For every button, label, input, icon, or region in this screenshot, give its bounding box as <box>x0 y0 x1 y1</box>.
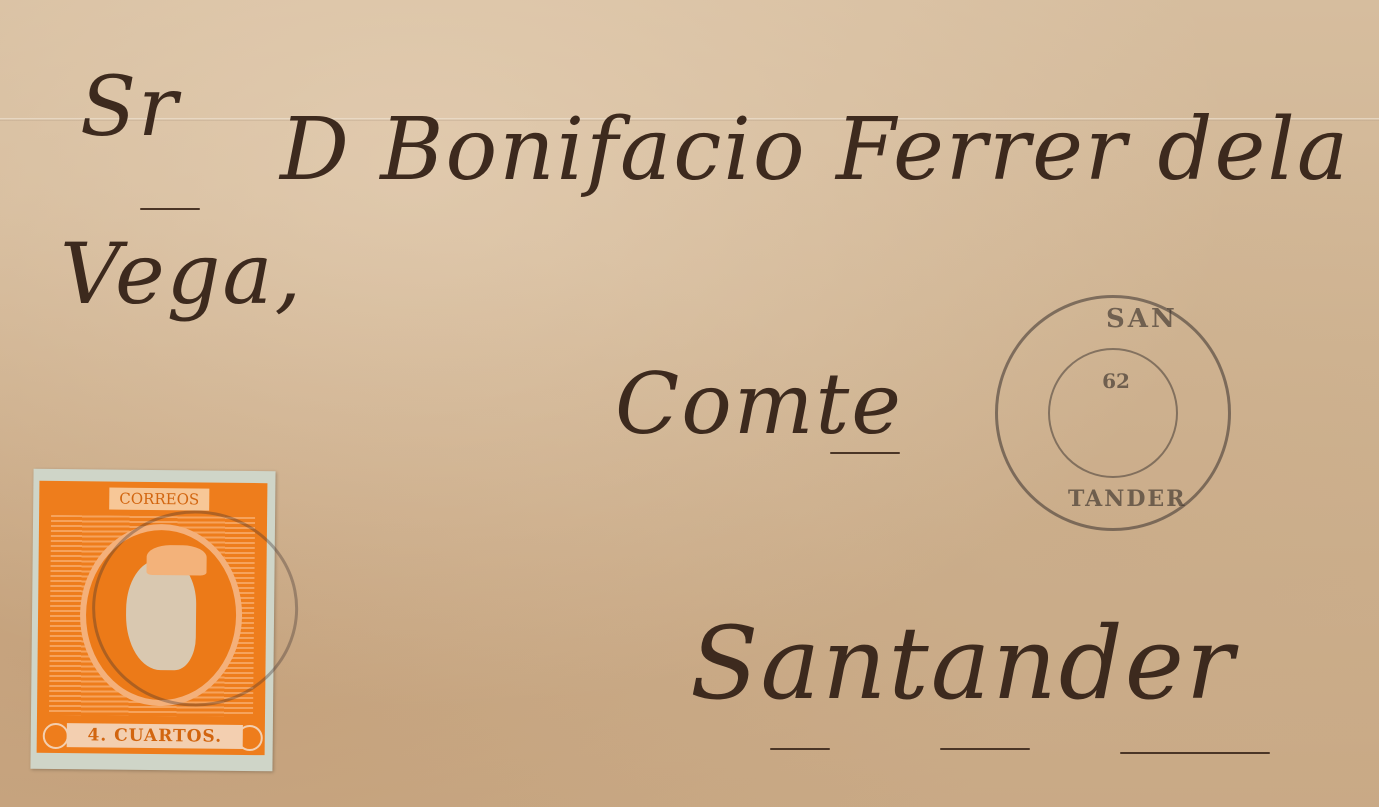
envelope-photo: Sr D Bonifacio Ferrer dela Vega, Comte S… <box>0 0 1379 807</box>
postmark: SAN 62 TANDER <box>995 295 1231 531</box>
postage-stamp: CORREOS 4. CUARTOS. <box>30 469 275 772</box>
postmark-inner-ring <box>1048 348 1178 478</box>
address-title: Comte <box>615 355 903 453</box>
postmark-bottom-text: TANDER <box>1068 486 1186 512</box>
postmark-top-text: SAN <box>1106 304 1178 334</box>
city-underline-3 <box>1120 752 1270 754</box>
address-name: D Bonifacio Ferrer dela <box>280 100 1350 200</box>
stamp-correos-label: CORREOS <box>109 488 209 511</box>
postmark-date: 62 <box>1086 370 1146 392</box>
address-city: Santander <box>690 605 1236 722</box>
address-salutation: Sr <box>80 60 179 155</box>
salutation-underline <box>140 208 200 210</box>
city-underline-1 <box>770 748 830 750</box>
address-surname: Vega, <box>60 225 303 323</box>
title-underline <box>830 452 900 454</box>
stamp-value-label: 4. CUARTOS. <box>67 723 243 749</box>
stamp-cancellation-mark <box>91 509 299 707</box>
city-underline-2 <box>940 748 1030 750</box>
stamp-corner-ornament-left <box>43 723 69 749</box>
